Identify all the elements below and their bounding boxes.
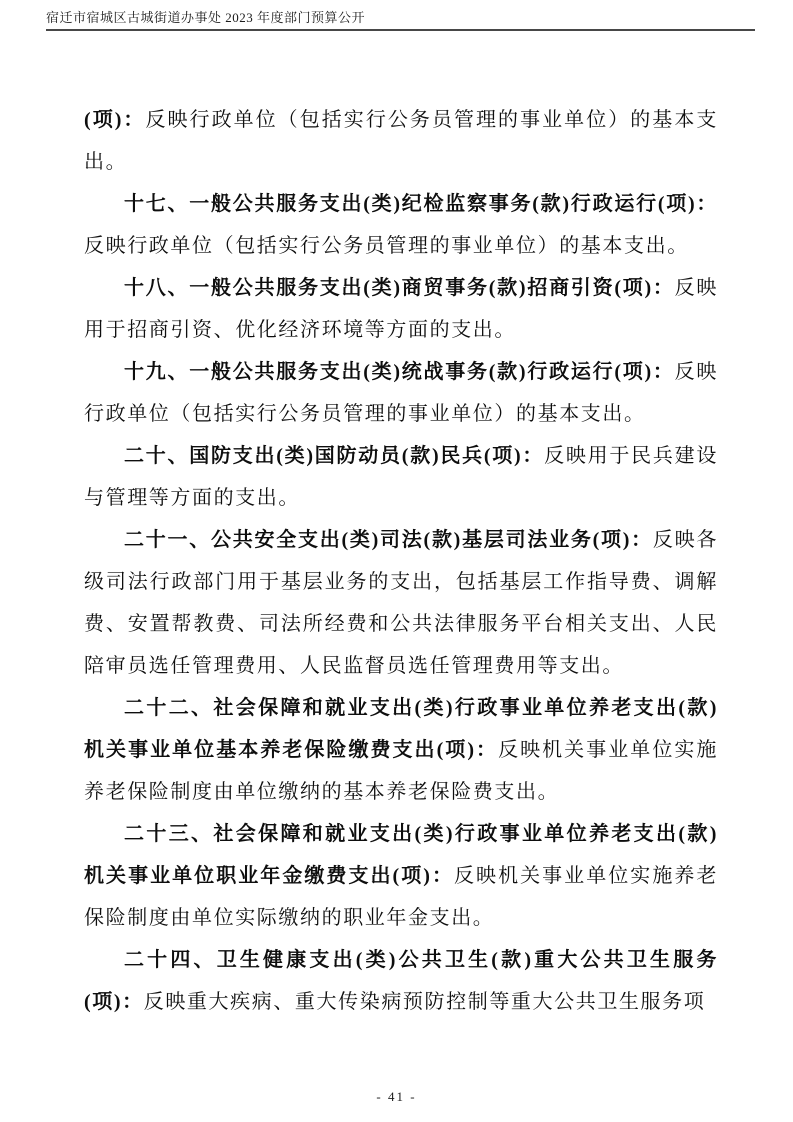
page-footer: - 41 - xyxy=(0,1088,793,1106)
para-text: 反映行政单位（包括实行公务员管理的事业单位）的基本支出。 xyxy=(84,235,689,257)
para-lead: 二十一、公共安全支出(类)司法(款)基层司法业务(项)： xyxy=(124,529,653,551)
document-page: 宿迁市宿城区古城街道办事处 2023 年度部门预算公开 (项)：反映行政单位（包… xyxy=(0,0,793,1122)
paragraph-17: 十七、一般公共服务支出(类)纪检监察事务(款)行政运行(项)：反映行政单位（包括… xyxy=(84,183,718,267)
paragraph-16-continuation: (项)：反映行政单位（包括实行公务员管理的事业单位）的基本支出。 xyxy=(84,99,718,183)
page-number: - 41 - xyxy=(376,1089,416,1104)
paragraph-22: 二十二、社会保障和就业支出(类)行政事业单位养老支出(款)机关事业单位基本养老保… xyxy=(84,687,718,813)
para-lead: (项)： xyxy=(84,109,145,131)
para-text: 反映各级司法行政部门用于基层业务的支出，包括基层工作指导费、调解费、安置帮教费、… xyxy=(84,529,718,677)
paragraph-23: 二十三、社会保障和就业支出(类)行政事业单位养老支出(款)机关事业单位职业年金缴… xyxy=(84,813,718,939)
paragraph-18: 十八、一般公共服务支出(类)商贸事务(款)招商引资(项)：反映用于招商引资、优化… xyxy=(84,267,718,351)
para-text: 反映重大疾病、重大传染病预防控制等重大公共卫生服务项 xyxy=(144,991,706,1013)
paragraph-20: 二十、国防支出(类)国防动员(款)民兵(项)：反映用于民兵建设与管理等方面的支出… xyxy=(84,435,718,519)
para-lead: 十七、一般公共服务支出(类)纪检监察事务(款)行政运行(项)： xyxy=(124,193,718,215)
para-text: 反映行政单位（包括实行公务员管理的事业单位）的基本支出。 xyxy=(84,109,718,173)
para-lead: 十八、一般公共服务支出(类)商贸事务(款)招商引资(项)： xyxy=(124,277,675,299)
header-title: 宿迁市宿城区古城街道办事处 2023 年度部门预算公开 xyxy=(46,10,755,26)
paragraph-24: 二十四、卫生健康支出(类)公共卫生(款)重大公共卫生服务(项)：反映重大疾病、重… xyxy=(84,939,718,1023)
para-lead: 二十、国防支出(类)国防动员(款)民兵(项)： xyxy=(124,445,544,467)
document-body: (项)：反映行政单位（包括实行公务员管理的事业单位）的基本支出。 十七、一般公共… xyxy=(84,99,718,1023)
paragraph-21: 二十一、公共安全支出(类)司法(款)基层司法业务(项)：反映各级司法行政部门用于… xyxy=(84,519,718,687)
para-lead: 十九、一般公共服务支出(类)统战事务(款)行政运行(项)： xyxy=(124,361,675,383)
paragraph-19: 十九、一般公共服务支出(类)统战事务(款)行政运行(项)：反映行政单位（包括实行… xyxy=(84,351,718,435)
page-header: 宿迁市宿城区古城街道办事处 2023 年度部门预算公开 xyxy=(46,10,755,31)
